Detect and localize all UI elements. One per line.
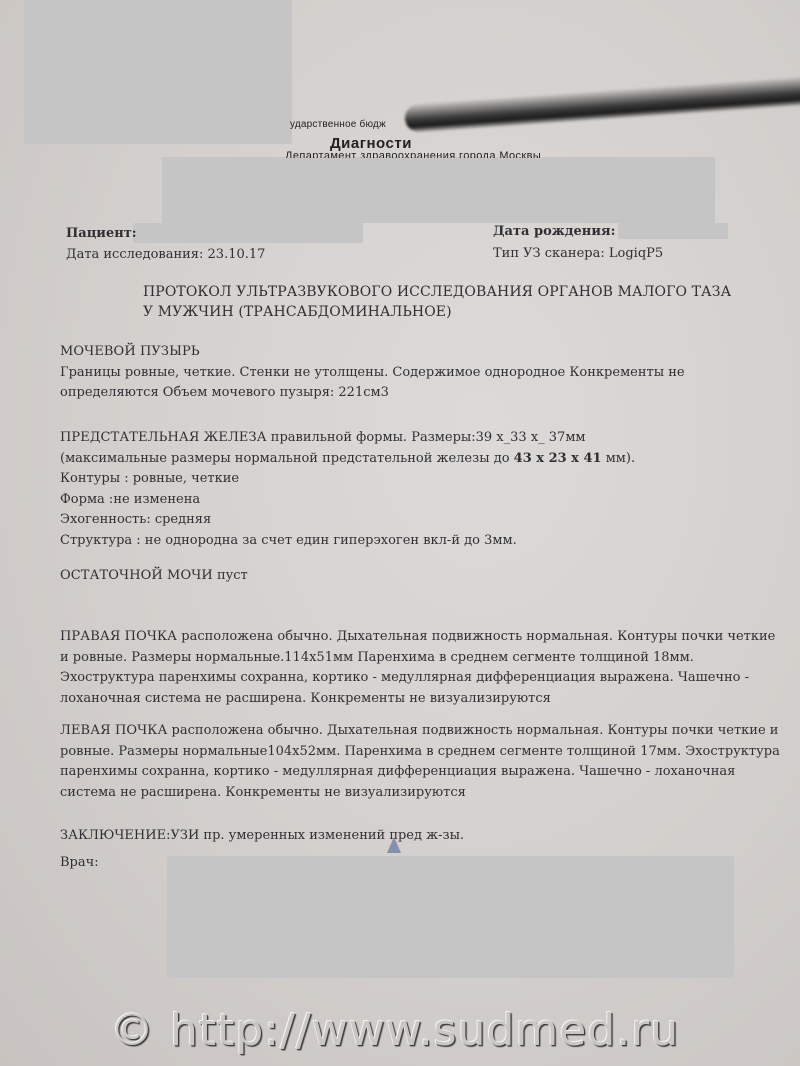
- bladder-line-1: Границы ровные, четкие. Стенки не утолще…: [60, 363, 800, 384]
- right-kidney-line-3: Эхоструктура паренхимы сохранна, кортико…: [60, 668, 800, 689]
- title-line-1: ПРОТОКОЛ УЛЬТРАЗВУКОВОГО ИССЛЕДОВАНИЯ ОР…: [143, 282, 731, 302]
- left-kidney-heading: ЛЕВАЯ ПОЧКА: [60, 723, 167, 738]
- prostate-shape-size: правильной формы. Размеры:39 х_33 х_ 37м…: [267, 430, 586, 445]
- prostate-heading: ПРЕДСТАТЕЛЬНАЯ ЖЕЛЕЗА: [60, 430, 267, 445]
- redaction-patient-name: [133, 223, 363, 243]
- patient-label: Пациент:: [66, 226, 137, 241]
- redaction-birth-date: [618, 223, 728, 239]
- redaction-top-left: [24, 0, 292, 144]
- letterhead-department: Департамент здравоохранения города Москв…: [285, 150, 541, 158]
- redaction-doctor: [167, 856, 734, 978]
- prostate-echogenicity: Эхогенность: средняя: [60, 510, 800, 531]
- exam-date-label: Дата исследования:: [66, 247, 203, 262]
- section-left-kidney: ЛЕВАЯ ПОЧКА расположена обычно. Дыхатель…: [60, 721, 800, 803]
- right-kidney-line-2: и ровные. Размеры нормальные.114х51мм Па…: [60, 648, 800, 669]
- prostate-norm-unit: мм).: [602, 451, 636, 466]
- section-residual-urine: ОСТАТОЧНОЙ МОЧИ пуст: [60, 566, 800, 587]
- left-kidney-line-3: паренхимы сохранна, кортико - медуллярна…: [60, 762, 800, 783]
- prostate-line-2: (максимальные размеры нормальной предста…: [60, 449, 800, 470]
- residual-heading: ОСТАТОЧНОЙ МОЧИ: [60, 568, 213, 583]
- right-kidney-text-1: расположена обычно. Дыхательная подвижно…: [177, 629, 775, 644]
- prostate-shape: Форма :не изменена: [60, 490, 800, 511]
- left-kidney-text-1: расположена обычно. Дыхательная подвижно…: [167, 723, 778, 738]
- prostate-structure: Структура : не однородна за счет един ги…: [60, 531, 800, 552]
- document-title: ПРОТОКОЛ УЛЬТРАЗВУКОВОГО ИССЛЕДОВАНИЯ ОР…: [143, 282, 731, 322]
- conclusion: ЗАКЛЮЧЕНИЕ:УЗИ пр. умеренных изменений п…: [60, 826, 800, 847]
- right-kidney-heading: ПРАВАЯ ПОЧКА: [60, 629, 177, 644]
- prostate-norm-values: 43 х 23 х 41: [514, 451, 602, 466]
- pen-shadow: [404, 76, 800, 133]
- title-line-2: У МУЖЧИН (ТРАНСАБДОМИНАЛЬНОЕ): [143, 302, 731, 322]
- right-kidney-line-4: лоханочная система не расширена. Конкрем…: [60, 689, 800, 710]
- section-bladder: МОЧЕВОЙ ПУЗЫРЬ Границы ровные, четкие. С…: [60, 342, 800, 404]
- residual-value: пуст: [213, 568, 248, 583]
- doctor-label: Врач:: [60, 853, 800, 874]
- prostate-norm-text: (максимальные размеры нормальной предста…: [60, 451, 514, 466]
- redaction-header: [162, 157, 715, 223]
- stamp-mark-icon: [387, 837, 401, 853]
- left-kidney-line-1: ЛЕВАЯ ПОЧКА расположена обычно. Дыхатель…: [60, 721, 800, 742]
- prostate-contours: Контуры : ровные, четкие: [60, 469, 800, 490]
- section-right-kidney: ПРАВАЯ ПОЧКА расположена обычно. Дыхател…: [60, 627, 800, 709]
- watermark: © http://www.sudmed.ru: [110, 1005, 679, 1056]
- right-kidney-line-1: ПРАВАЯ ПОЧКА расположена обычно. Дыхател…: [60, 627, 800, 648]
- letterhead-organization: ударственное бюдж: [290, 119, 386, 130]
- scanner-label: Тип УЗ сканера:: [493, 246, 605, 261]
- scanner-row: Тип УЗ сканера: LogiqP5: [493, 246, 663, 261]
- exam-date-row: Дата исследования: 23.10.17: [66, 247, 265, 262]
- scanner-value: LogiqP5: [609, 246, 663, 261]
- left-kidney-line-2: ровные. Размеры нормальные104х52мм. Паре…: [60, 742, 800, 763]
- section-prostate: ПРЕДСТАТЕЛЬНАЯ ЖЕЛЕЗА правильной формы. …: [60, 428, 800, 551]
- bladder-heading: МОЧЕВОЙ ПУЗЫРЬ: [60, 342, 800, 363]
- left-kidney-line-4: система не расширена. Конкременты не виз…: [60, 783, 800, 804]
- prostate-line-1: ПРЕДСТАТЕЛЬНАЯ ЖЕЛЕЗА правильной формы. …: [60, 428, 800, 449]
- bladder-line-2: определяются Объем мочевого пузыря: 221с…: [60, 383, 800, 404]
- exam-date-value: 23.10.17: [208, 247, 266, 262]
- birth-date-label: Дата рождения:: [493, 224, 615, 239]
